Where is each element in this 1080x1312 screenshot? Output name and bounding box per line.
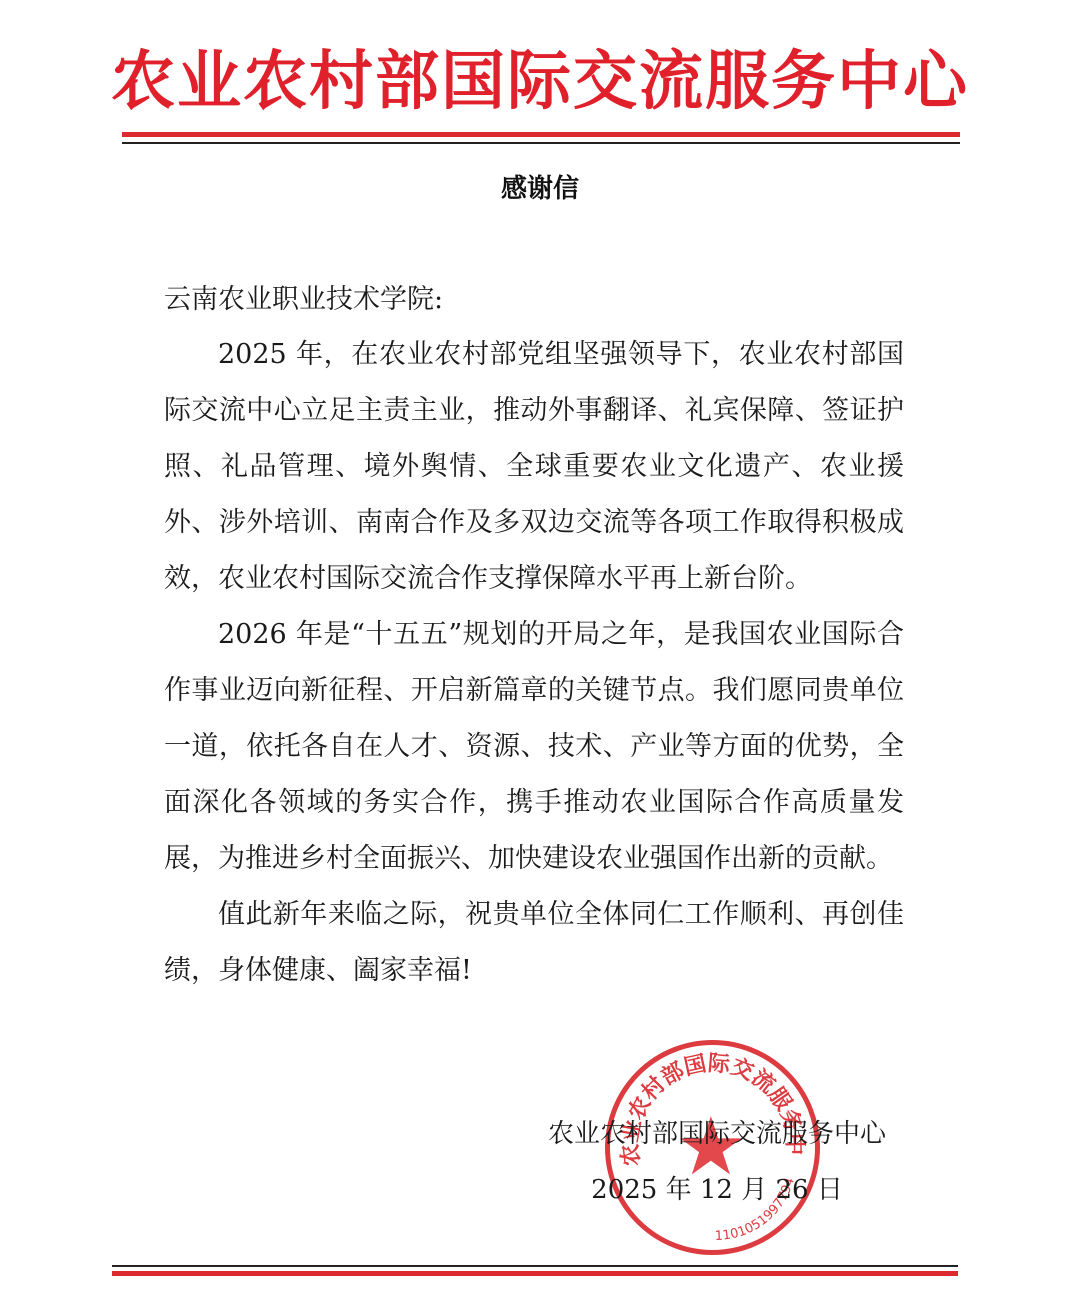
footer-black-rule <box>112 1265 958 1267</box>
letterhead-black-rule <box>122 142 960 144</box>
paragraph-3: 值此新年来临之际，祝贵单位全体同仁工作顺利、再创佳绩，身体健康、阖家幸福! <box>164 887 904 999</box>
signature-organization: 农业农村部国际交流服务中心 <box>532 1106 902 1162</box>
paragraph-1: 2025 年，在农业农村部党组坚强领导下，农业农村部国际交流中心立足主责主业，推… <box>164 327 904 607</box>
document-title: 感谢信 <box>0 168 1080 205</box>
signature-block: 农业农村部国际交流服务中心 2025 年 12 月 26 日 <box>532 1106 902 1218</box>
footer-red-rule <box>112 1271 958 1276</box>
letterhead-red-rule <box>122 132 960 137</box>
paragraph-2: 2026 年是“十五五”规划的开局之年，是我国农业国际合作事业迈向新征程、开启新… <box>164 607 904 887</box>
letterhead-organization: 农业农村部国际交流服务中心 <box>0 42 1080 122</box>
salutation: 云南农业职业技术学院: <box>164 272 904 328</box>
signature-date: 2025 年 12 月 26 日 <box>532 1162 902 1218</box>
